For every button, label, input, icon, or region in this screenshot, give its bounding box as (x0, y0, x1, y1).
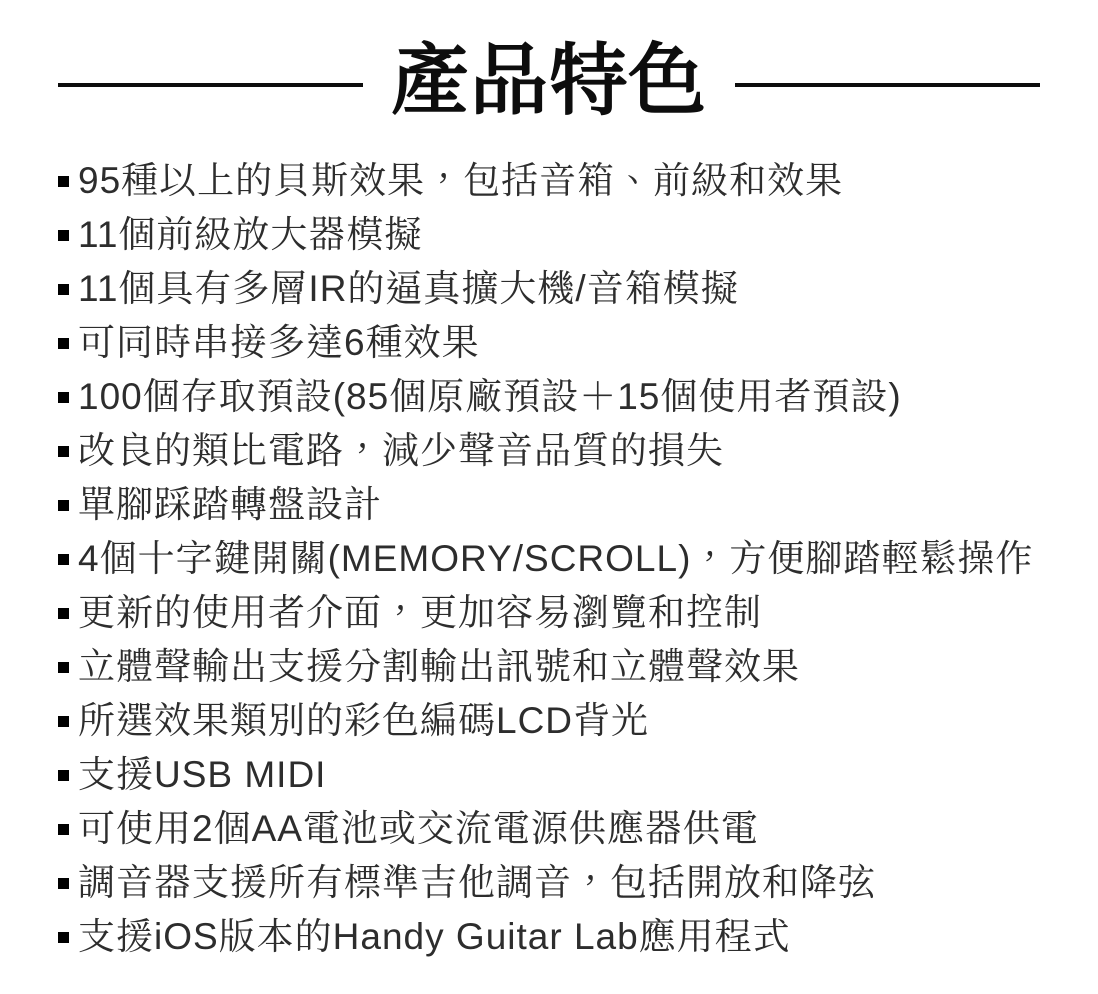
bullet-square-icon (58, 176, 69, 187)
bullet-square-icon (58, 932, 69, 943)
feature-text: 95種以上的貝斯效果，包括音箱、前級和效果 (78, 162, 843, 199)
bullet-square-icon (58, 770, 69, 781)
feature-text: 可同時串接多達6種效果 (78, 324, 480, 361)
feature-item: 單腳踩踏轉盤設計 (58, 477, 1078, 531)
feature-text: 調音器支援所有標準吉他調音，包括開放和降弦 (78, 864, 876, 901)
bullet-square-icon (58, 554, 69, 565)
bullet-square-icon (58, 716, 69, 727)
feature-text: 所選效果類別的彩色編碼LCD背光 (78, 702, 649, 739)
feature-item: 11個具有多層IR的逼真擴大機/音箱模擬 (58, 261, 1078, 315)
bullet-square-icon (58, 824, 69, 835)
bullet-square-icon (58, 230, 69, 241)
title-rule-left (58, 83, 363, 87)
feature-text: 11個具有多層IR的逼真擴大機/音箱模擬 (78, 270, 739, 307)
feature-text: 單腳踩踏轉盤設計 (78, 486, 382, 523)
feature-text: 4個十字鍵開關(MEMORY/SCROLL)，方便腳踏輕鬆操作 (78, 540, 1033, 577)
feature-text: 11個前級放大器模擬 (78, 216, 422, 253)
feature-text: 立體聲輸出支援分割輸出訊號和立體聲效果 (78, 648, 800, 685)
page-title: 產品特色 (391, 41, 707, 119)
feature-item: 立體聲輸出支援分割輸出訊號和立體聲效果 (58, 639, 1078, 693)
feature-item: 可使用2個AA電池或交流電源供應器供電 (58, 801, 1078, 855)
feature-text: 支援USB MIDI (78, 756, 326, 793)
feature-list: 95種以上的貝斯效果，包括音箱、前級和效果 11個前級放大器模擬 11個具有多層… (0, 153, 1098, 963)
bullet-square-icon (58, 500, 69, 511)
feature-item: 所選效果類別的彩色編碼LCD背光 (58, 693, 1078, 747)
bullet-square-icon (58, 446, 69, 457)
title-rule-right (735, 83, 1040, 87)
feature-item: 11個前級放大器模擬 (58, 207, 1078, 261)
feature-text: 改良的類比電路，減少聲音品質的損失 (78, 432, 724, 469)
feature-item: 改良的類比電路，減少聲音品質的損失 (58, 423, 1078, 477)
title-section: 產品特色 (0, 0, 1098, 128)
bullet-square-icon (58, 662, 69, 673)
feature-item: 更新的使用者介面，更加容易瀏覽和控制 (58, 585, 1078, 639)
feature-item: 調音器支援所有標準吉他調音，包括開放和降弦 (58, 855, 1078, 909)
bullet-square-icon (58, 608, 69, 619)
bullet-square-icon (58, 878, 69, 889)
feature-text: 支援iOS版本的Handy Guitar Lab應用程式 (78, 918, 791, 955)
feature-item: 95種以上的貝斯效果，包括音箱、前級和效果 (58, 153, 1078, 207)
product-features-page: 產品特色 95種以上的貝斯效果，包括音箱、前級和效果 11個前級放大器模擬 11… (0, 0, 1098, 994)
feature-item: 100個存取預設(85個原廠預設＋15個使用者預設) (58, 369, 1078, 423)
feature-item: 4個十字鍵開關(MEMORY/SCROLL)，方便腳踏輕鬆操作 (58, 531, 1078, 585)
feature-text: 可使用2個AA電池或交流電源供應器供電 (78, 810, 759, 847)
bullet-square-icon (58, 284, 69, 295)
feature-item: 支援USB MIDI (58, 747, 1078, 801)
feature-text: 100個存取預設(85個原廠預設＋15個使用者預設) (78, 378, 902, 415)
feature-text: 更新的使用者介面，更加容易瀏覽和控制 (78, 594, 762, 631)
feature-item: 支援iOS版本的Handy Guitar Lab應用程式 (58, 909, 1078, 963)
feature-item: 可同時串接多達6種效果 (58, 315, 1078, 369)
bullet-square-icon (58, 338, 69, 349)
bullet-square-icon (58, 392, 69, 403)
